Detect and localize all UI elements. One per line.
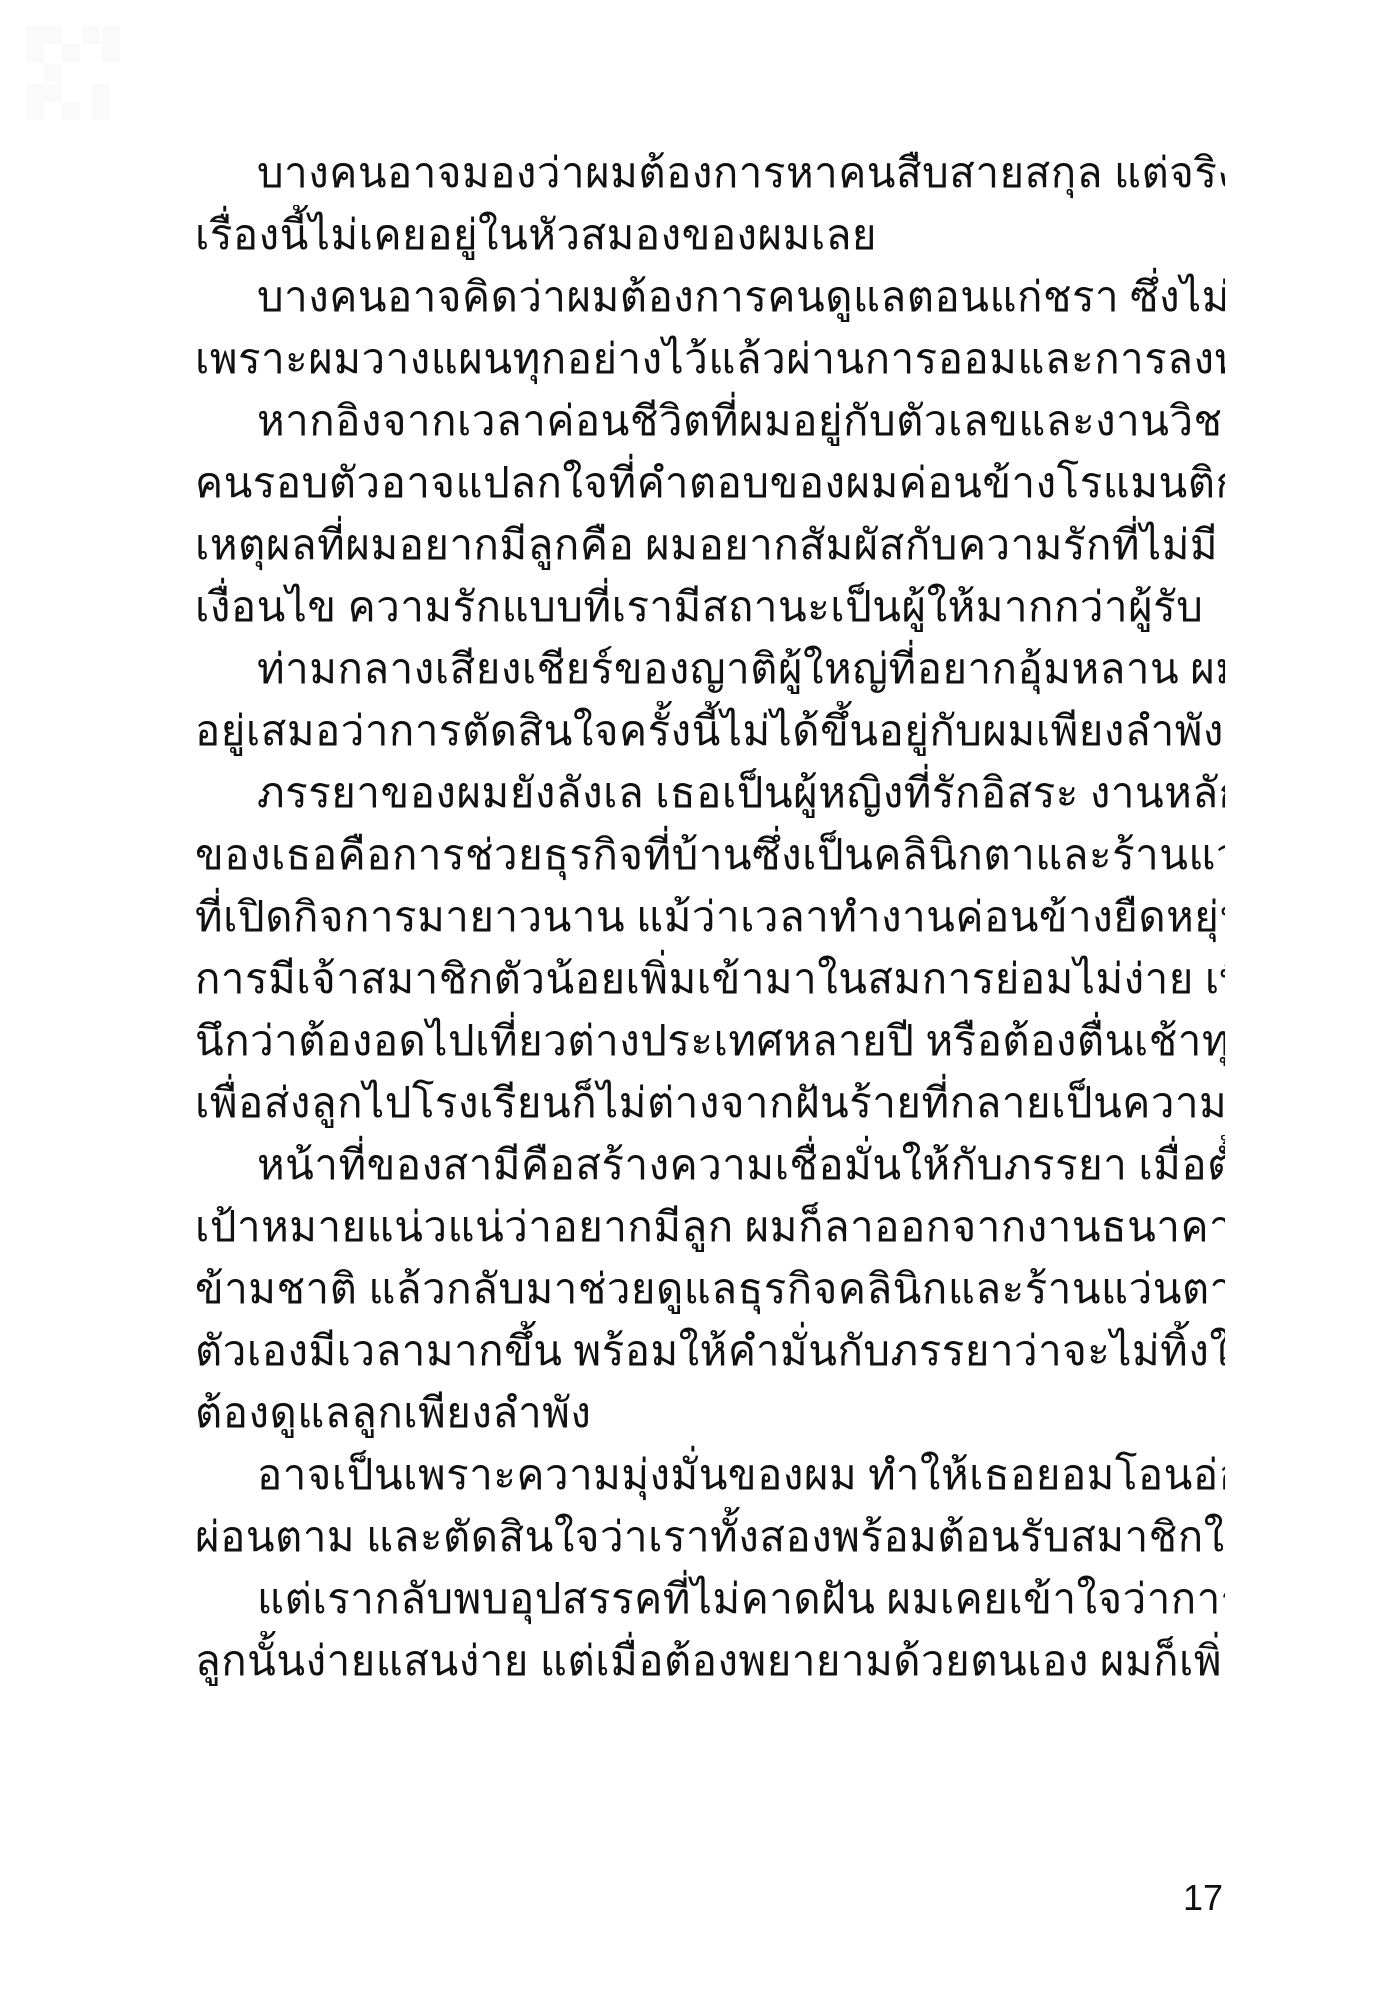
text-line: เพื่อส่งลูกไปโรงเรียนก็ไม่ต่างจากฝันร้าย…	[195, 1073, 1225, 1135]
text-line: เงื่อนไข ความรักแบบที่เรามีสถานะเป็นผู้ใ…	[195, 577, 1225, 639]
text-line: เพราะผมวางแผนทุกอย่างไว้แล้วผ่านการออมแล…	[195, 329, 1225, 391]
text-line: ข้ามชาติ แล้วกลับมาช่วยดูแลธุรกิจคลินิกแ…	[195, 1259, 1225, 1321]
text-line: บางคนอาจคิดว่าผมต้องการคนดูแลตอนแก่ชรา ซ…	[195, 267, 1225, 329]
text-line: ท่ามกลางเสียงเชียร์ของญาติผู้ใหญ่ที่อยาก…	[195, 639, 1225, 701]
text-line: คนรอบตัวอาจแปลกใจที่คำตอบของผมค่อนข้างโร…	[195, 453, 1225, 515]
text-line: อยู่เสมอว่าการตัดสินใจครั้งนี้ไม่ได้ขึ้น…	[195, 701, 1225, 763]
text-line: บางคนอาจมองว่าผมต้องการหาคนสืบสายสกุล แต…	[195, 143, 1225, 205]
text-line: เรื่องนี้ไม่เคยอยู่ในหัวสมองของผมเลย	[195, 205, 1225, 267]
page-number: 17	[1183, 1878, 1223, 1918]
text-line: ที่เปิดกิจการมายาวนาน แม้ว่าเวลาทำงานค่อ…	[195, 887, 1225, 949]
scan-artifact	[30, 30, 32, 32]
text-line: เป้าหมายแน่วแน่ว่าอยากมีลูก ผมก็ลาออกจาก…	[195, 1197, 1225, 1259]
text-line: ตัวเองมีเวลามากขึ้น พร้อมให้คำมั่นกับภรร…	[195, 1321, 1225, 1383]
text-line: ลูกนั้นง่ายแสนง่าย แต่เมื่อต้องพยายามด้ว…	[195, 1631, 1225, 1693]
text-line: หากอิงจากเวลาค่อนชีวิตที่ผมอยู่กับตัวเลข…	[195, 391, 1225, 453]
page-text: บางคนอาจมองว่าผมต้องการหาคนสืบสายสกุล แต…	[195, 143, 1225, 1693]
text-line: ผ่อนตาม และตัดสินใจว่าเราทั้งสองพร้อมต้อ…	[195, 1507, 1225, 1569]
text-line: เหตุผลที่ผมอยากมีลูกคือ ผมอยากสัมผัสกับค…	[195, 515, 1225, 577]
text-line: นึกว่าต้องอดไปเที่ยวต่างประเทศหลายปี หรื…	[195, 1011, 1225, 1073]
book-page: บางคนอาจมองว่าผมต้องการหาคนสืบสายสกุล แต…	[0, 0, 1400, 2016]
text-line: การมีเจ้าสมาชิกตัวน้อยเพิ่มเข้ามาในสมการ…	[195, 949, 1225, 1011]
text-line: ภรรยาของผมยังลังเล เธอเป็นผู้หญิงที่รักอ…	[195, 763, 1225, 825]
text-line: หน้าที่ของสามีคือสร้างความเชื่อมั่นให้กั…	[195, 1135, 1225, 1197]
text-line: อาจเป็นเพราะความมุ่งมั่นของผม ทำให้เธอยอ…	[195, 1445, 1225, 1507]
text-line: ต้องดูแลลูกเพียงลำพัง	[195, 1383, 1225, 1445]
text-line: ของเธอคือการช่วยธุรกิจที่บ้านซึ่งเป็นคลิ…	[195, 825, 1225, 887]
text-line: แต่เรากลับพบอุปสรรคที่ไม่คาดฝัน ผมเคยเข้…	[195, 1569, 1225, 1631]
